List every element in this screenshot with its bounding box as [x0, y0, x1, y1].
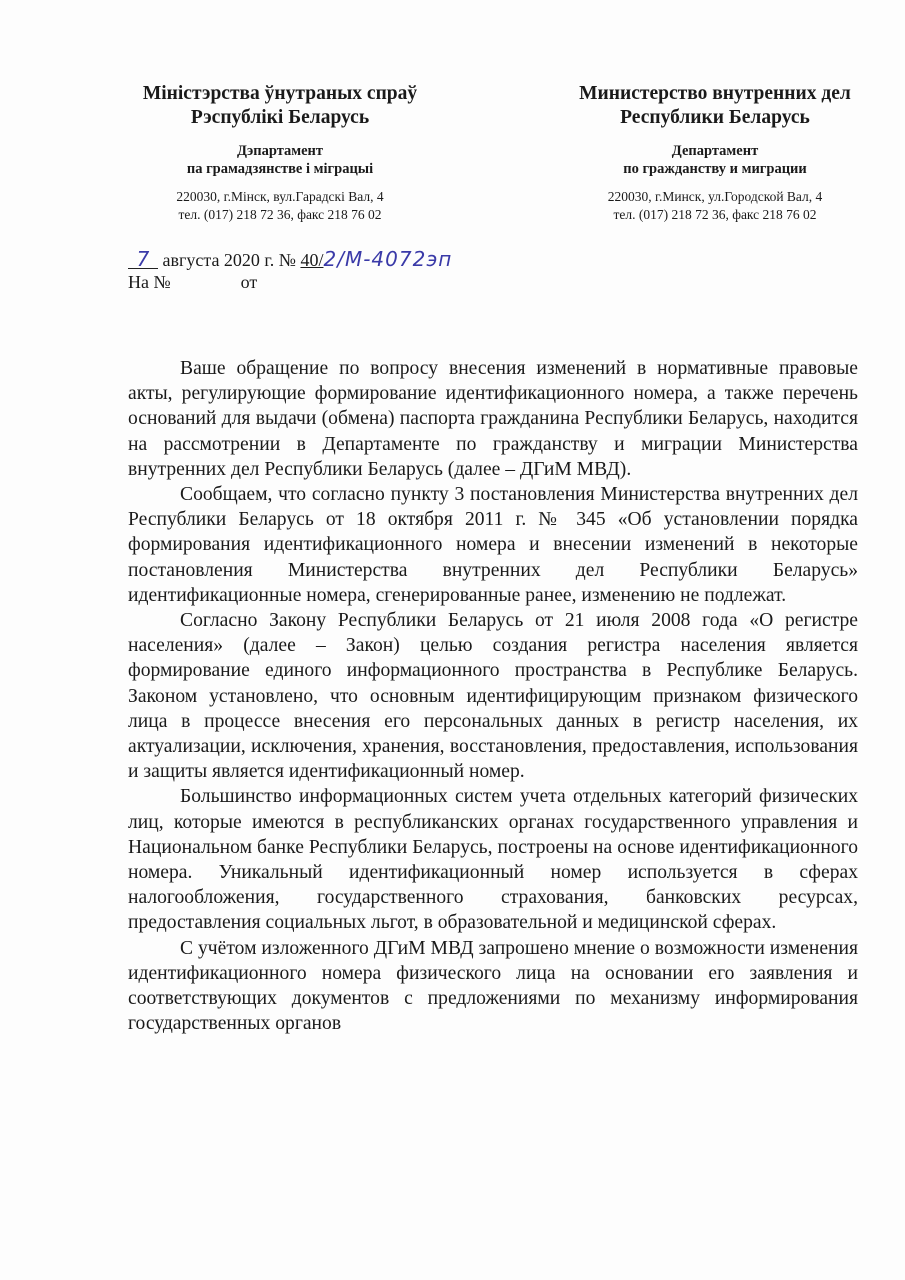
registration-block: 7 августа 2020 г. № 40/2/М-4072эп На № о… — [128, 248, 452, 293]
ministry-line-1: Министерство внутренних дел — [545, 82, 885, 106]
ministry-name-by: Міністэрства ўнутраных спраў Рэспублікі … — [120, 82, 440, 130]
outgoing-number-line: 7 августа 2020 г. № 40/2/М-4072эп — [128, 248, 452, 271]
letter-page: Міністэрства ўнутраных спраў Рэспублікі … — [0, 0, 905, 1280]
phone-fax: тел. (017) 218 72 36, факс 218 76 02 — [120, 206, 440, 224]
letterhead-russian: Министерство внутренних дел Республики Б… — [545, 82, 885, 224]
department-line-2: па грамадзянстве і міграцыі — [120, 160, 440, 178]
department-name-by: Дэпартамент па грамадзянстве і міграцыі — [120, 142, 440, 178]
handwritten-day: 7 — [128, 250, 158, 269]
letter-body: Ваше обращение по вопросу внесения измен… — [128, 356, 858, 1036]
ministry-line-2: Республики Беларусь — [545, 106, 885, 130]
paragraph: Сообщаем, что согласно пункту 3 постанов… — [128, 482, 858, 608]
reply-to-label: На № — [128, 271, 171, 293]
paragraph: Согласно Закону Республики Беларусь от 2… — [128, 608, 858, 784]
ministry-line-1: Міністэрства ўнутраных спраў — [120, 82, 440, 106]
number-printed: 40/ — [300, 250, 323, 270]
department-line-2: по гражданству и миграции — [545, 160, 885, 178]
ministry-name-ru: Министерство внутренних дел Республики Б… — [545, 82, 885, 130]
reply-to-line: На № от — [128, 271, 452, 293]
department-line-1: Дэпартамент — [120, 142, 440, 160]
department-name-ru: Департамент по гражданству и миграции — [545, 142, 885, 178]
paragraph: Ваше обращение по вопросу внесения измен… — [128, 356, 858, 482]
handwritten-number: 2/М-4072эп — [323, 247, 452, 271]
ministry-line-2: Рэспублікі Беларусь — [120, 106, 440, 130]
phone-fax: тел. (017) 218 72 36, факс 218 76 02 — [545, 206, 885, 224]
address: 220030, г.Мінск, вул.Гарадскі Вал, 4 — [120, 188, 440, 206]
date-text: августа 2020 г. № — [163, 250, 296, 270]
contact-block-ru: 220030, г.Минск, ул.Городской Вал, 4 тел… — [545, 188, 885, 224]
letterhead-belarusian: Міністэрства ўнутраных спраў Рэспублікі … — [120, 82, 440, 224]
contact-block-by: 220030, г.Мінск, вул.Гарадскі Вал, 4 тел… — [120, 188, 440, 224]
department-line-1: Департамент — [545, 142, 885, 160]
paragraph: С учётом изложенного ДГиМ МВД запрошено … — [128, 936, 858, 1037]
from-label: от — [241, 271, 258, 293]
address: 220030, г.Минск, ул.Городской Вал, 4 — [545, 188, 885, 206]
paragraph: Большинство информационных систем учета … — [128, 784, 858, 935]
